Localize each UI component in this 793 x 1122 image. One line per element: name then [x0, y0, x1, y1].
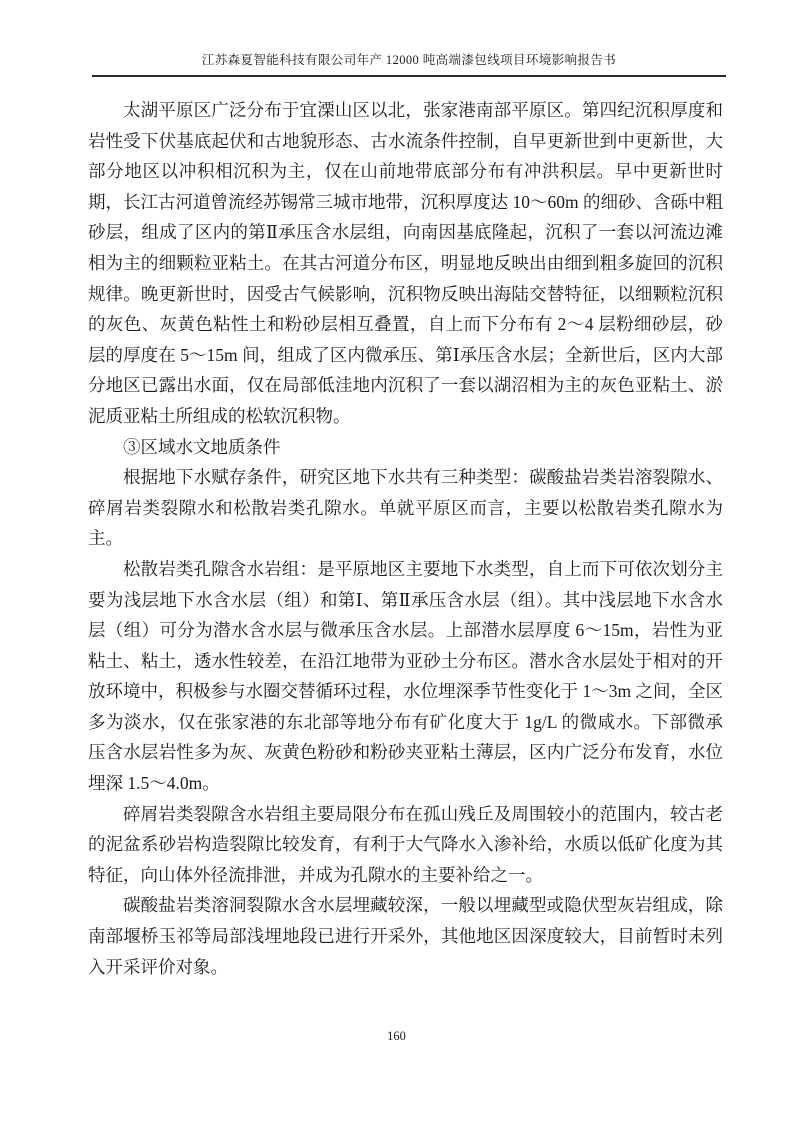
document-body: 太湖平原区广泛分布于宜溧山区以北，张家港南部平原区。第四纪沉积厚度和岩性受下伏基… — [88, 95, 723, 982]
paragraph-geology: 太湖平原区广泛分布于宜溧山区以北，张家港南部平原区。第四纪沉积厚度和岩性受下伏基… — [88, 95, 723, 432]
section-heading-hydrogeology: ③区域水文地质条件 — [88, 432, 723, 463]
paragraph-loose-rock-aquifer: 松散岩类孔隙含水岩组：是平原地区主要地下水类型，自上而下可依次划分主要为浅层地下… — [88, 554, 723, 799]
paragraph-groundwater-types: 根据地下水赋存条件，研究区地下水共有三种类型：碳酸盐岩类岩溶裂隙水、碎屑岩类裂隙… — [88, 462, 723, 554]
page-number: 160 — [387, 1029, 406, 1043]
paragraph-clastic-rock-aquifer: 碎屑岩类裂隙含水岩组主要局限分布在孤山残丘及周围较小的范围内，较古老的泥盆系砂岩… — [88, 799, 723, 891]
document-page: 江苏森夏智能科技有限公司年产 12000 吨高端漆包线项目环境影响报告书 太湖平… — [0, 0, 793, 1122]
document-footer: 160 — [0, 1027, 793, 1045]
header-title: 江苏森夏智能科技有限公司年产 12000 吨高端漆包线项目环境影响报告书 — [92, 50, 726, 70]
document-header: 江苏森夏智能科技有限公司年产 12000 吨高端漆包线项目环境影响报告书 — [92, 50, 726, 77]
paragraph-carbonate-rock-aquifer: 碳酸盐岩类溶洞裂隙水含水层埋藏较深，一般以埋藏型或隐伏型灰岩组成，除南部堰桥玉祁… — [88, 890, 723, 982]
